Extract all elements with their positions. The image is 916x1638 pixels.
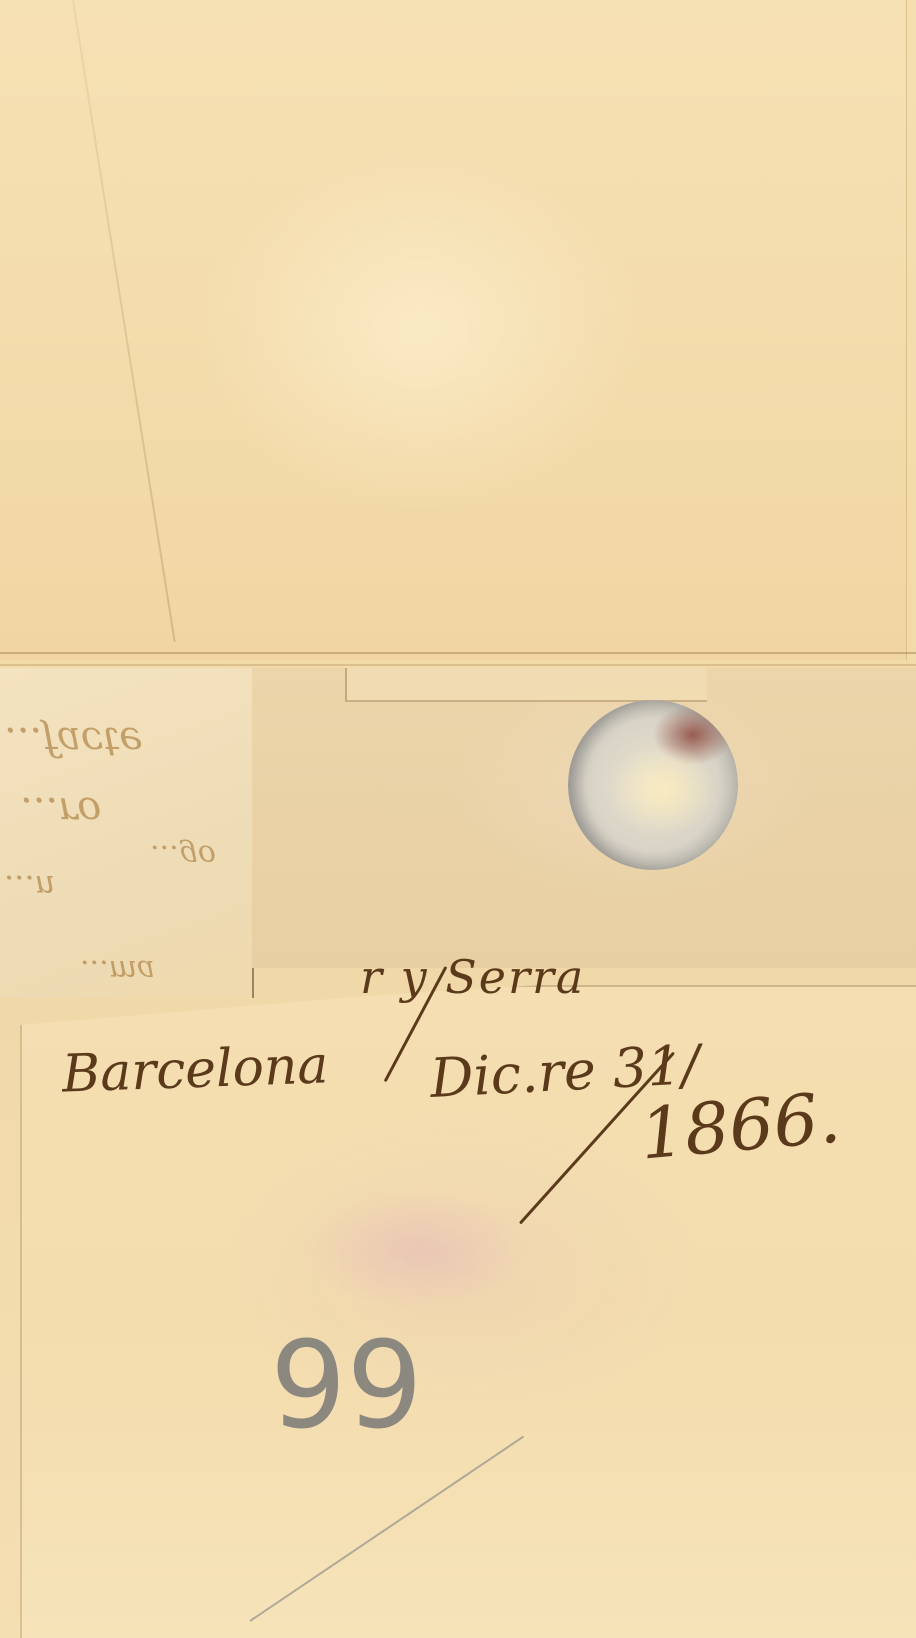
diagonal-crease (72, 0, 176, 642)
fragment-text: ...ma (80, 953, 155, 988)
flap-tab (345, 668, 707, 702)
letter-cover: ...facte ...ro ...go ...n ...ma r y Serr… (0, 0, 916, 1638)
year-text: 1866. (637, 1076, 844, 1175)
fragment-text: ...n (4, 868, 55, 906)
addressee-line: r y Serra (360, 950, 585, 1004)
place-name: Barcelona (61, 1035, 329, 1104)
inner-fragment-left: ...facte ...ro ...go ...n ...ma (0, 668, 254, 998)
pencil-annotation: 66 (270, 1310, 423, 1449)
fold-line (0, 652, 916, 654)
wax-seal (568, 700, 738, 870)
fragment-text: ...go (150, 838, 216, 873)
fragment-text: ...ro (20, 788, 101, 834)
fragment-text: ...facte (4, 718, 143, 764)
fold-line (0, 664, 916, 666)
upper-panel (0, 0, 907, 660)
